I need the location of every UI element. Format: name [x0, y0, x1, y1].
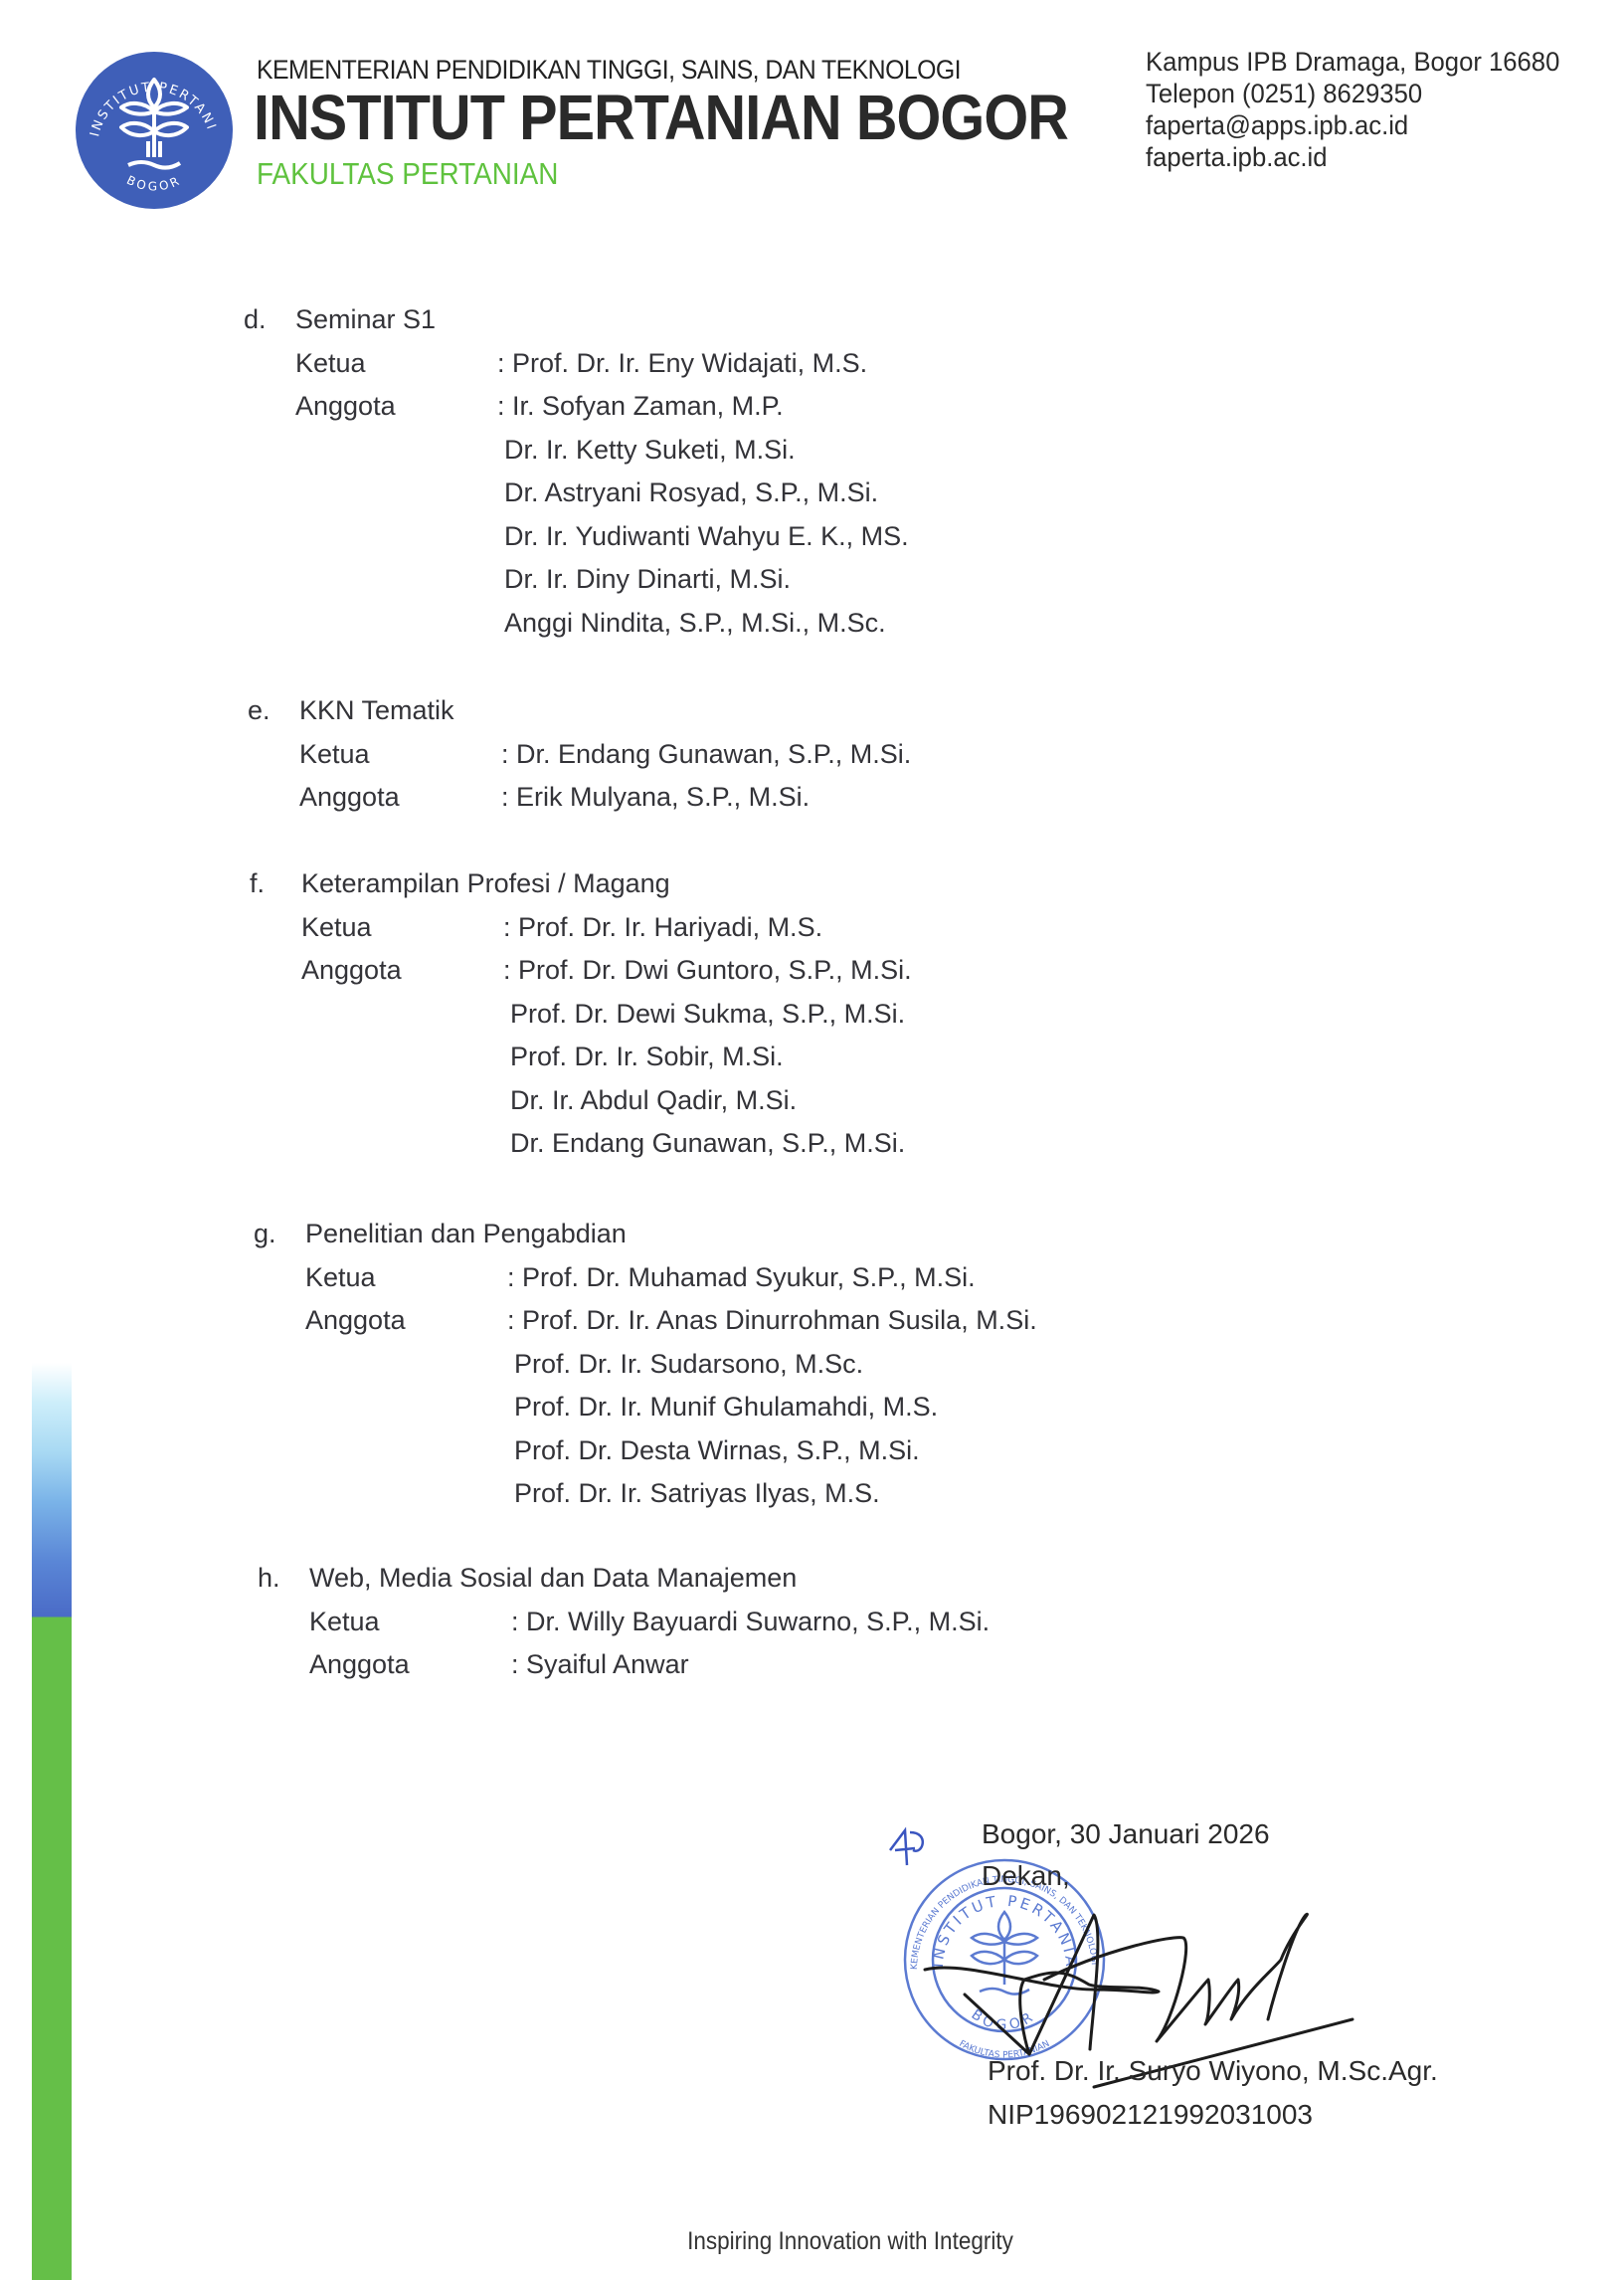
anggota-name: Prof. Dr. Desta Wirnas, S.P., M.Si.	[514, 1429, 920, 1473]
website-link[interactable]: faperta.ipb.ac.id	[1146, 141, 1559, 173]
role-label: Anggota	[309, 1643, 410, 1687]
institution-name: INSTITUT PERTANIAN BOGOR	[254, 86, 1068, 149]
ketua-name: : Dr. Endang Gunawan, S.P., M.Si.	[501, 733, 911, 777]
anggota-name: Dr. Ir. Yudiwanti Wahyu E. K., MS.	[504, 515, 909, 559]
anggota-name: Dr. Ir. Diny Dinarti, M.Si.	[504, 558, 791, 602]
section-title: Seminar S1	[295, 298, 436, 342]
section-letter: e.	[248, 689, 271, 733]
email-link[interactable]: faperta@apps.ipb.ac.id	[1146, 109, 1559, 141]
section-title: KKN Tematik	[299, 689, 454, 733]
anggota-name: Dr. Ir. Ketty Suketi, M.Si.	[504, 429, 796, 473]
anggota-name: Prof. Dr. Ir. Satriyas Ilyas, M.S.	[514, 1472, 880, 1516]
role-label: Ketua	[299, 733, 370, 777]
ketua-name: : Prof. Dr. Ir. Hariyadi, M.S.	[503, 906, 822, 950]
phone-line: Telepon (0251) 8629350	[1146, 78, 1559, 109]
section-letter: f.	[250, 862, 265, 906]
address-block: Kampus IPB Dramaga, Bogor 16680 Telepon …	[1146, 46, 1559, 173]
section-title: Web, Media Sosial dan Data Manajemen	[309, 1557, 797, 1601]
role-label: Anggota	[299, 776, 400, 820]
section-letter: h.	[258, 1557, 280, 1601]
ipb-logo-icon: INSTITUT PERTANIAN BOGOR	[74, 50, 235, 211]
anggota-name: : Prof. Dr. Dwi Guntoro, S.P., M.Si.	[503, 949, 912, 993]
role-label: Anggota	[295, 385, 396, 429]
anggota-name: Prof. Dr. Ir. Sobir, M.Si.	[510, 1036, 784, 1079]
section-letter: g.	[254, 1213, 276, 1256]
signatory-name: Prof. Dr. Ir. Suryo Wiyono, M.Sc.Agr.	[988, 2055, 1438, 2087]
role-label: Anggota	[305, 1299, 406, 1343]
section-letter: d.	[244, 298, 267, 342]
role-label: Ketua	[309, 1601, 380, 1644]
signatory-nip: NIP196902121992031003	[988, 2099, 1313, 2131]
decorative-side-stripe	[32, 1363, 72, 2280]
anggota-name: Prof. Dr. Ir. Sudarsono, M.Sc.	[514, 1343, 863, 1387]
anggota-name: : Erik Mulyana, S.P., M.Si.	[501, 776, 810, 820]
role-label: Ketua	[305, 1256, 376, 1300]
anggota-name: Prof. Dr. Ir. Munif Ghulamahdi, M.S.	[514, 1386, 938, 1429]
anggota-name: Prof. Dr. Dewi Sukma, S.P., M.Si.	[510, 993, 905, 1037]
section-title: Keterampilan Profesi / Magang	[301, 862, 670, 906]
footer-tagline: Inspiring Innovation with Integrity	[86, 2227, 1616, 2256]
address-line: Kampus IPB Dramaga, Bogor 16680	[1146, 46, 1559, 78]
anggota-name: Anggi Nindita, S.P., M.Si., M.Sc.	[504, 602, 886, 646]
ketua-name: : Prof. Dr. Muhamad Syukur, S.P., M.Si.	[507, 1256, 976, 1300]
anggota-name: Dr. Endang Gunawan, S.P., M.Si.	[510, 1122, 905, 1166]
anggota-name: : Ir. Sofyan Zaman, M.P.	[497, 385, 784, 429]
faculty-name: FAKULTAS PERTANIAN	[257, 156, 558, 192]
ketua-name: : Prof. Dr. Ir. Eny Widajati, M.S.	[497, 342, 867, 386]
role-label: Ketua	[295, 342, 366, 386]
anggota-name: Dr. Ir. Abdul Qadir, M.Si.	[510, 1079, 797, 1123]
anggota-name: : Syaiful Anwar	[511, 1643, 689, 1687]
anggota-name: Dr. Astryani Rosyad, S.P., M.Si.	[504, 472, 878, 515]
role-label: Anggota	[301, 949, 402, 993]
anggota-name: : Prof. Dr. Ir. Anas Dinurrohman Susila,…	[507, 1299, 1037, 1343]
ketua-name: : Dr. Willy Bayuardi Suwarno, S.P., M.Si…	[511, 1601, 990, 1644]
section-title: Penelitian dan Pengabdian	[305, 1213, 627, 1256]
role-label: Ketua	[301, 906, 372, 950]
